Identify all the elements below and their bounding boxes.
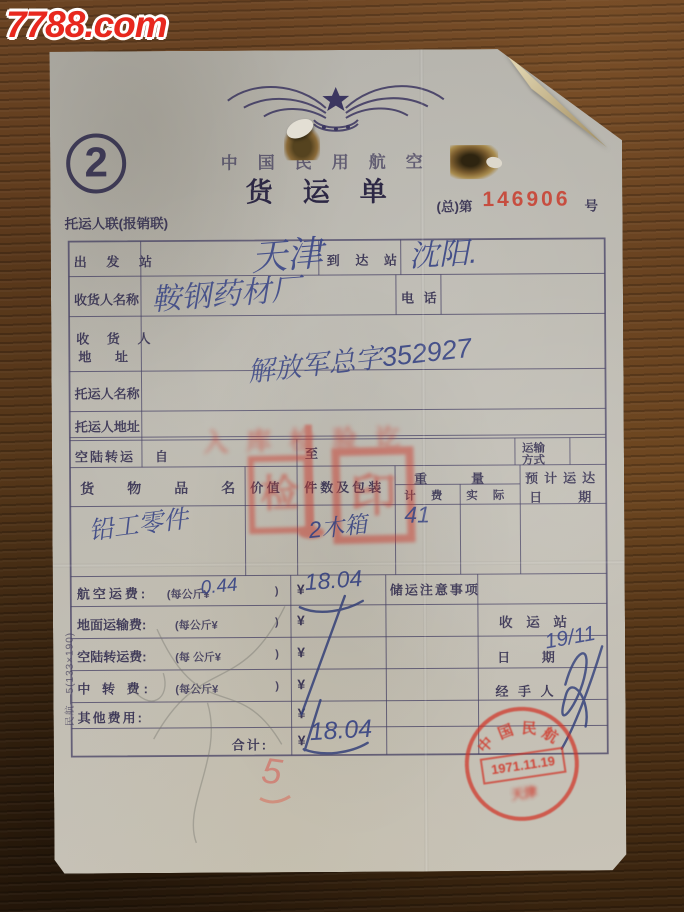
goods-eta-header-line1: 预计运达 [525,467,601,486]
ground-rate-open: (每公斤¥ [175,617,218,633]
air-freight-rate-close: ) [275,585,279,597]
transit-rate-close: ) [275,680,279,692]
air-land-yen: ¥ [297,644,305,660]
document-title: 货运单 [246,170,417,210]
ground-transport-label: 地面运输费: [77,614,146,633]
hw-rate-per-kg: 0.44 [200,574,239,599]
transit-yen: ¥ [297,676,305,692]
ground-rate-close: ) [275,616,279,628]
arrival-station-label: 到 达 站 [327,250,403,269]
departure-station-label: 出 发 站 [74,251,160,271]
hw-air-freight-amount: 18.04 [304,565,363,596]
shipper-address-label: 托运人地址 [75,416,140,435]
stamp-date: 1971.11.19 [480,747,567,785]
red-pencil-mark: 5 [259,749,284,793]
total-yen: ¥ [298,732,306,748]
hw-goods-pieces: 2木箱 [307,506,369,545]
transit-rate-open: (每公斤¥ [175,681,218,697]
dog-ear-flap [489,46,620,157]
hw-arrival-shenyang: 沈阳. [407,228,478,276]
hw-total-amount: 18.04 [309,715,373,748]
transport-mode-label-line2: 方式 [522,452,545,468]
consignee-address-label-line1: 收 货 人 [76,328,157,347]
air-freight-label: 航空运费: [77,583,148,602]
shipper-name-label: 托运人名称 [75,383,140,402]
serial-prefix: (总)第 [436,195,472,215]
hw-billed-weight: 41 [404,501,430,528]
air-land-transfer-label: 空陆转运 [75,446,135,465]
air-land-rate-close: ) [275,648,279,660]
copy-label: 托运人联(报销联) [64,212,168,233]
wood-table-background: 7788.com [0,0,684,912]
goods-eta-header-line2: 日期 [529,486,627,506]
form-code-vertical: 民航—5(133×190) [60,604,76,754]
consignee-address-label-line2: 地 址 [78,346,138,365]
rect-stamp-seal-left: 检 [248,455,312,534]
serial-number: 146906 [482,188,570,213]
ground-yen: ¥ [297,612,305,628]
hw-goods-name: 铅工零件 [86,499,190,547]
transfer-from-label: 自 [155,446,168,465]
stamp-arc-char-3: 民 [521,717,537,739]
air-land-rate-open: (每 公斤¥ [175,649,221,665]
stamp-arc-char-2: 国 [495,719,517,744]
waybill-document: 2 中国民用航空 货运单 托运人联(报销联) (总)第 146906 号 民航—… [49,48,626,873]
total-label: 合计: [232,734,268,753]
stamp-bottom-text: 天津 [510,781,538,804]
air-land-fee-label: 空陆转运费: [77,646,146,665]
caac-wings-emblem [216,69,456,140]
stamp-arc-char-1: 中 [472,732,498,757]
consignee-name-label: 收货人名称 [74,289,139,308]
hw-shipper-name: 解放军总字352927 [245,326,473,390]
stamp-arc-char-4: 航 [539,722,563,748]
copy-number-badge: 2 [66,133,126,193]
site-watermark: 7788.com [6,4,167,46]
dog-ear-fold [489,46,620,157]
hw-consignee-name: 鞍钢药材厂 [149,264,302,319]
caac-circular-date-stamp: 中 国 民 航 1971.11.19 天津 [457,699,586,828]
transit-fee-label: 中 转 费: [77,678,152,697]
phone-label: 电 话 [401,287,440,306]
other-fees-label: 其他费用: [78,707,144,726]
serial-suffix: 号 [584,194,598,214]
air-freight-yen: ¥ [297,581,305,597]
storage-notes-label: 储运注意事项 [390,579,480,599]
handler-label: 经 手 人 [495,681,556,700]
other-yen: ¥ [297,705,305,721]
